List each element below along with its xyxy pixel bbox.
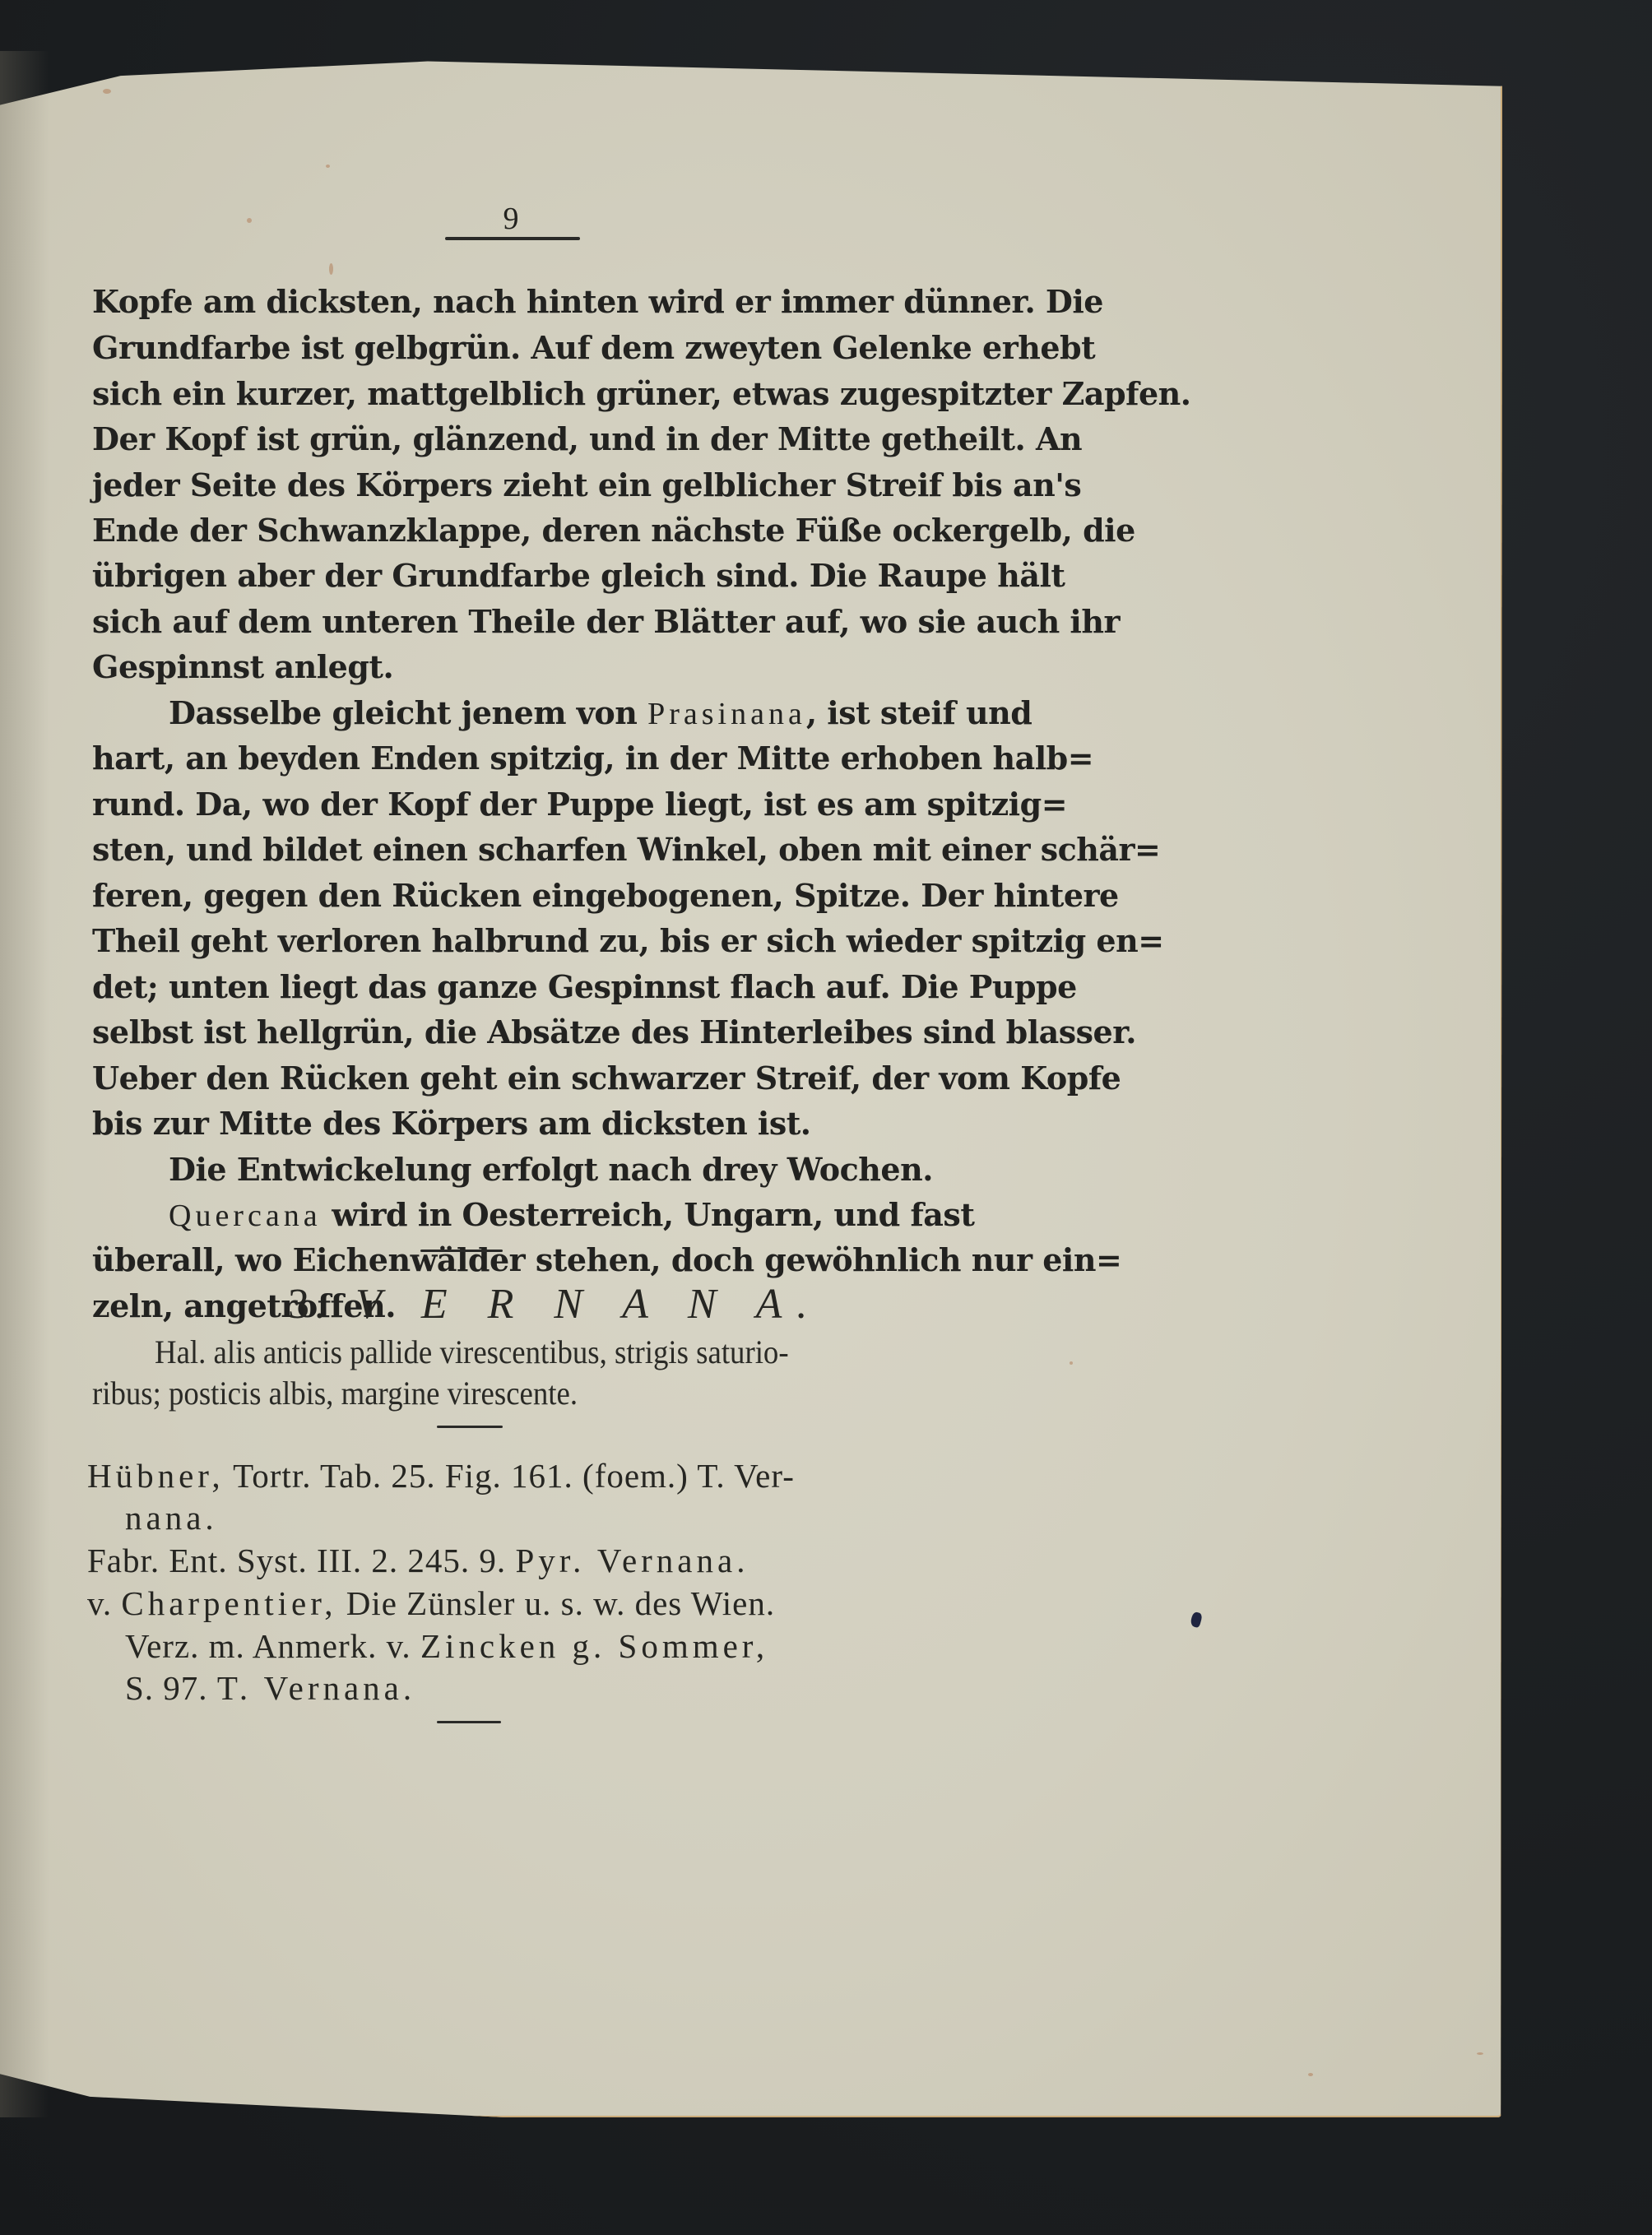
section-number: 3. — [288, 1281, 330, 1328]
spine-shadow — [0, 51, 49, 2117]
page-number: 9 — [499, 201, 523, 237]
text-line: det; unten liegt das ganze Gespinnst fla… — [92, 968, 938, 1005]
header-rule — [445, 237, 580, 240]
citation-text: S. 97. — [125, 1669, 217, 1707]
diagnosis-line: Hal. alis anticis pallide virescentibus,… — [155, 1333, 789, 1371]
text-line: überall, wo Eichenwälder stehen, doch ge… — [92, 1241, 938, 1278]
reference-continuation: Verz. m. Anmerk. v. Zincken g. Sommer, — [125, 1626, 768, 1666]
text-line: Ueber den Rücken geht ein schwarzer Stre… — [92, 1060, 938, 1097]
text-run: , ist steif und — [806, 694, 1032, 731]
text-line: Ende der Schwanzklappe, deren nächste Fü… — [92, 512, 938, 549]
species-citation: T. Vernana. — [217, 1669, 415, 1707]
text-line: Grundfarbe ist gelbgrün. Auf dem zweyten… — [92, 329, 938, 366]
author-name: Zincken g. Sommer, — [420, 1627, 768, 1665]
text-line: jeder Seite des Körpers zieht ein gelbli… — [92, 466, 938, 503]
reference-charpentier: v. Charpentier, Die Zünsler u. s. w. des… — [87, 1584, 775, 1623]
text-line: Gespinnst anlegt. — [92, 648, 938, 685]
text-line: sten, und bildet einen scharfen Winkel, … — [92, 831, 938, 868]
text-run: wird in Oesterreich, Ungarn, und fast — [322, 1196, 975, 1233]
citation-text: Tortr. Tab. 25. Fig. 161. (foem.) T. Ver… — [225, 1457, 795, 1495]
diagnosis-line: ribus; posticis albis, margine virescent… — [92, 1374, 578, 1412]
species-name-quercana: Quercana — [169, 1199, 322, 1233]
paper-speck — [1477, 2052, 1483, 2055]
text-line: sich ein kurzer, mattgelblich grüner, et… — [92, 375, 938, 412]
reference-hubner: Hübner, Tortr. Tab. 25. Fig. 161. (foem.… — [87, 1456, 795, 1495]
text-line: Der Kopf ist grün, glänzend, und in der … — [92, 420, 938, 457]
text-line: übrigen aber der Grundfarbe gleich sind.… — [92, 557, 938, 594]
text-line: Dasselbe gleicht jenem von Prasinana, is… — [169, 694, 938, 732]
species-name-prasinana: Prasinana — [647, 697, 806, 731]
text-line: Kopfe am dicksten, nach hinten wird er i… — [92, 283, 938, 320]
section-heading: 3. V E R N A N A. — [288, 1280, 822, 1328]
reference-continuation: S. 97. T. Vernana. — [125, 1668, 415, 1708]
text-line: rund. Da, wo der Kopf der Puppe liegt, i… — [92, 786, 938, 823]
citation-text: Verz. m. Anmerk. v. — [125, 1627, 420, 1665]
text-line: hart, an beyden Enden spitzig, in der Mi… — [92, 740, 938, 777]
text-line: feren, gegen den Rücken eingebogenen, Sp… — [92, 877, 938, 914]
end-rule — [437, 1721, 501, 1723]
species-citation: Pyr. Vernana. — [515, 1542, 749, 1579]
paper-speck — [326, 165, 330, 168]
text-line: bis zur Mitte des Körpers am dicksten is… — [92, 1105, 938, 1142]
author-name: Hübner, — [87, 1457, 225, 1495]
section-separator-rule — [420, 1250, 503, 1252]
paper-speck — [1070, 1361, 1073, 1365]
text-line: selbst ist hellgrün, die Absätze des Hin… — [92, 1013, 938, 1050]
paper-speck — [329, 263, 333, 275]
text-run: Dasselbe gleicht jenem von — [169, 694, 647, 731]
diagnosis-separator-rule — [437, 1426, 503, 1428]
paper-speck — [247, 218, 252, 223]
paper-speck — [103, 89, 111, 94]
citation-text: Die Zünsler u. s. w. des Wien. — [336, 1584, 775, 1622]
paper-speck — [1308, 2073, 1313, 2076]
text-line: Theil geht verloren halbrund zu, bis er … — [92, 922, 938, 959]
citation-text: Fabr. Ent. Syst. III. 2. 245. 9. — [87, 1542, 515, 1579]
author-name: Charpentier, — [121, 1584, 336, 1622]
text-line: Quercana wird in Oesterreich, Ungarn, un… — [169, 1196, 938, 1234]
reference-fabricius: Fabr. Ent. Syst. III. 2. 245. 9. Pyr. Ve… — [87, 1541, 749, 1580]
citation-text: v. — [87, 1584, 121, 1622]
text-line: sich auf dem unteren Theile der Blätter … — [92, 603, 938, 640]
reference-continuation: nana. — [125, 1498, 218, 1537]
section-title: V E R N A N A. — [355, 1281, 822, 1328]
paragraph-development: Die Entwickelung erfolgt nach drey Woche… — [169, 1151, 938, 1188]
